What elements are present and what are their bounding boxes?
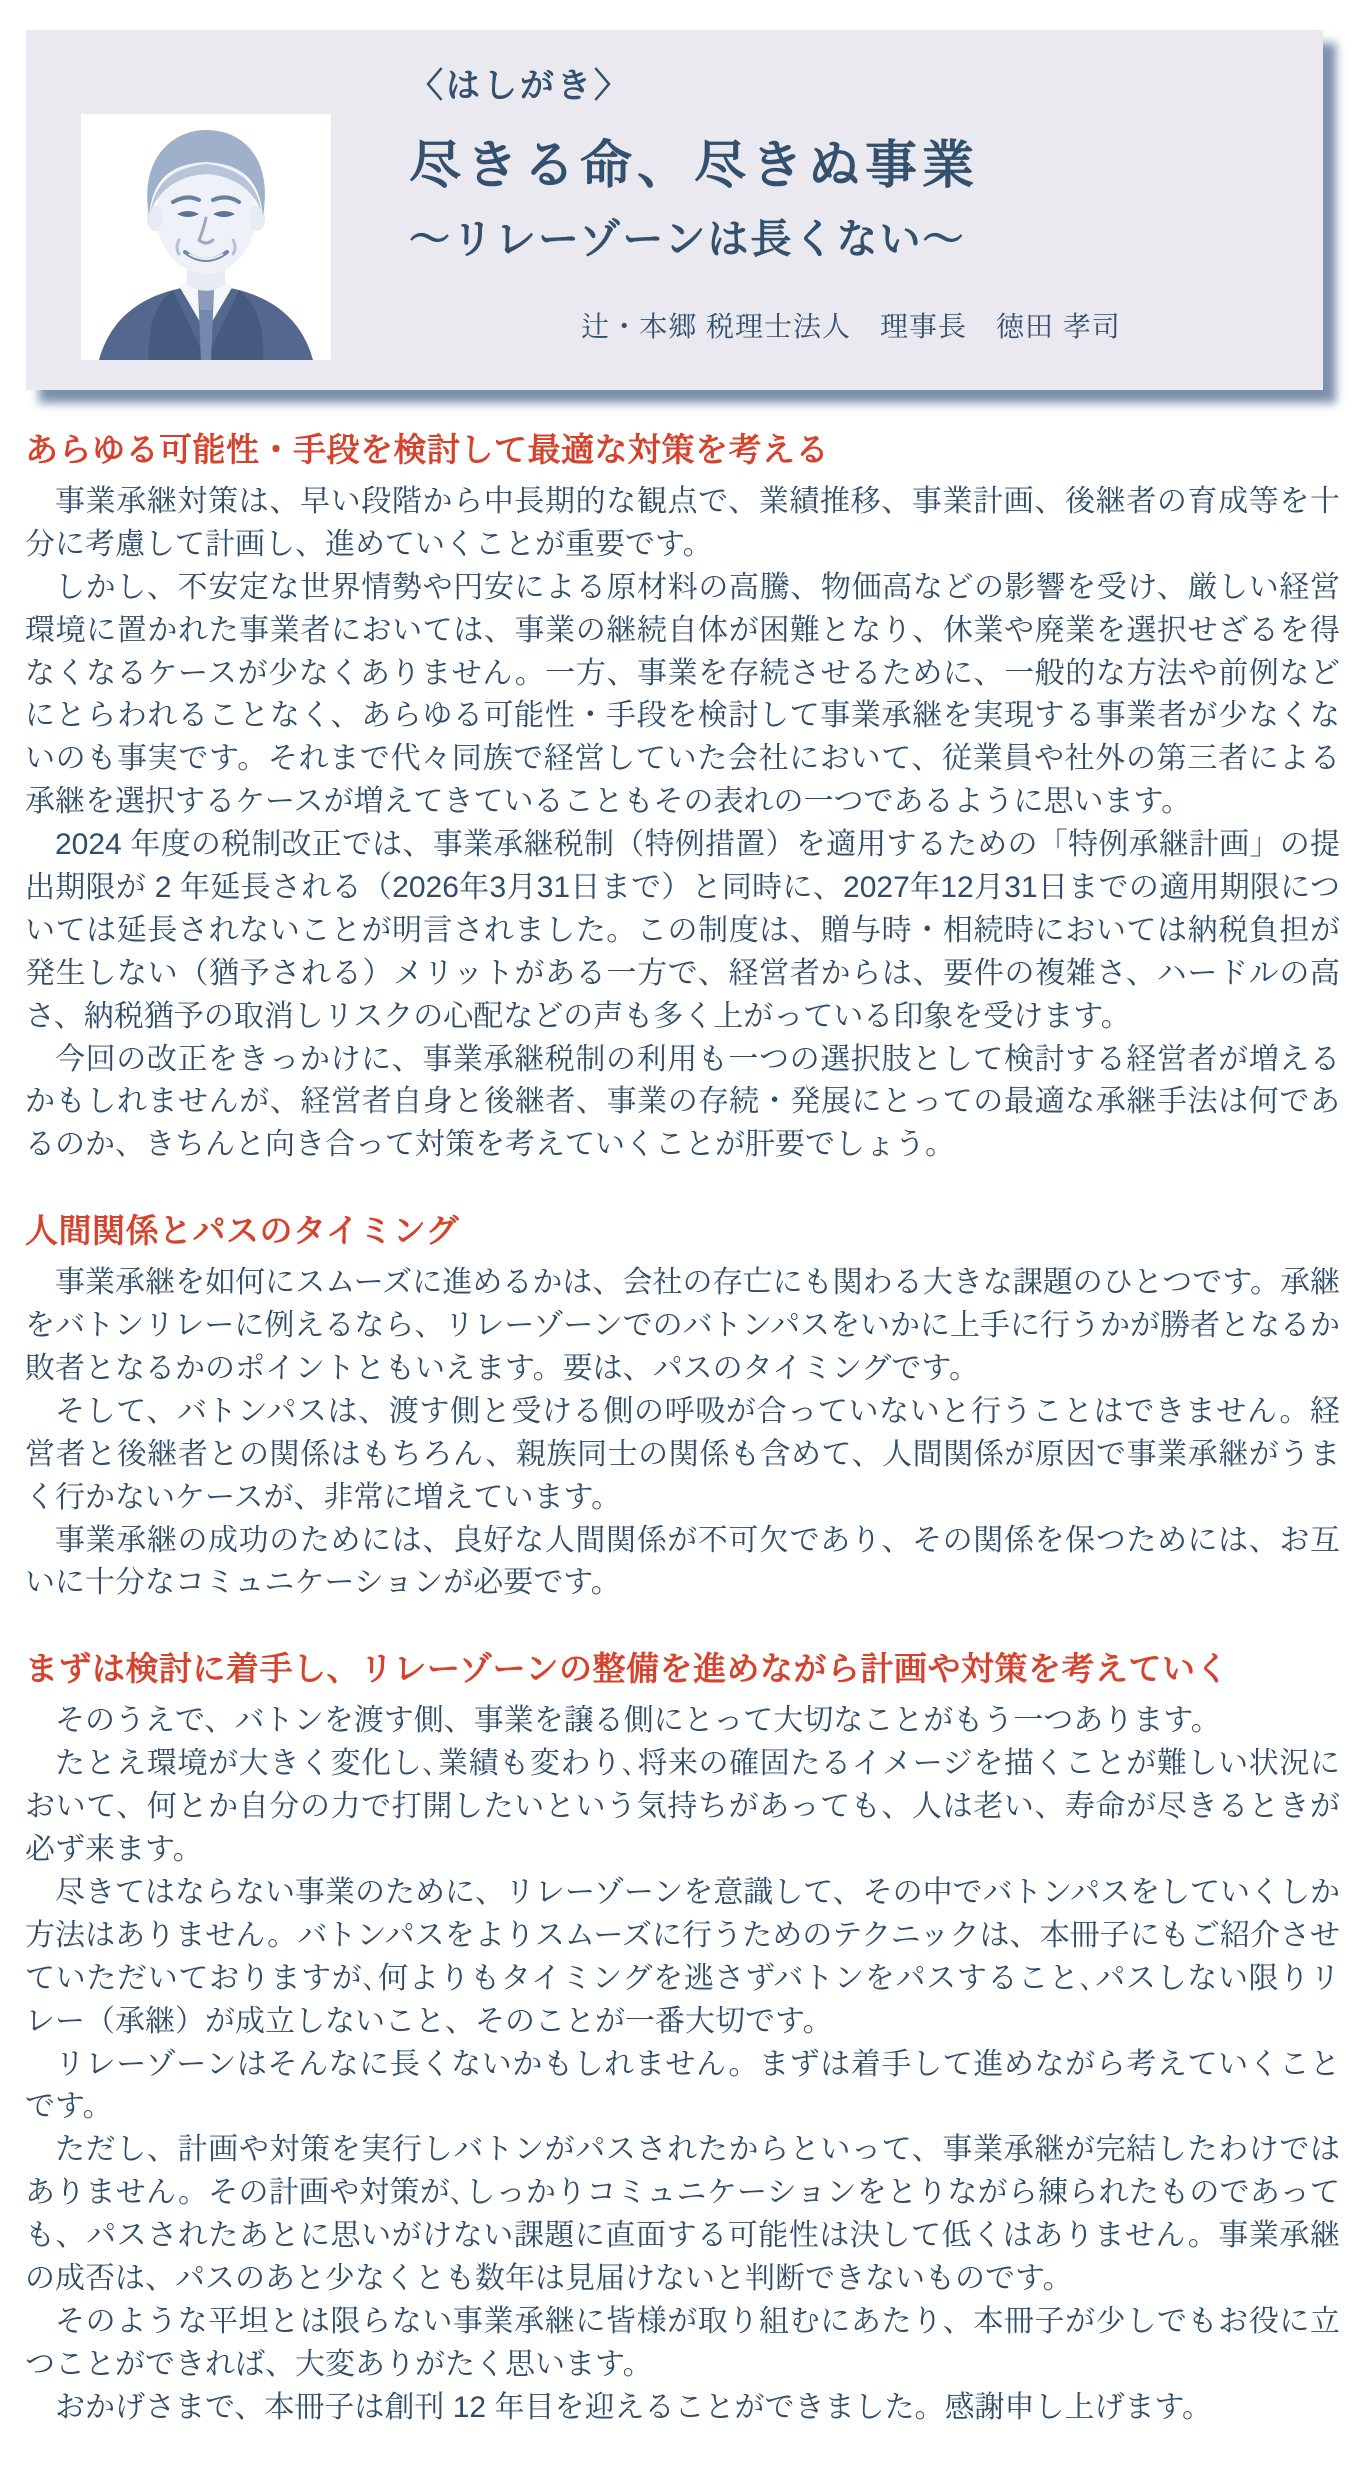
paragraph: たとえ環境が大きく変化し､業績も変わり､将来の確固たるイメージを描くことが難しい… [25,1743,1340,1872]
header-text-block: 〈はしがき〉 尽きる命、尽きぬ事業 ～リレーゾーンは長くない～ 辻・本郷 税理士… [409,56,1293,345]
page-subtitle: ～リレーゾーンは長くない～ [409,206,1293,265]
section-relay-zone: まずは検討に着手し、リレーゾーンの整備を進めながら計画や対策を考えていく そのう… [25,1643,1340,2429]
paragraph: おかげさまで、本冊子は創刊 12 年目を迎えることができました。感謝申し上げます… [25,2387,1340,2430]
portrait-photo-icon [81,114,331,360]
portrait-photo [81,114,331,360]
section-human-relations: 人間関係とパスのタイミング 事業承継を如何にスムーズに進めるかは、会社の存亡にも… [25,1205,1340,1605]
paragraph: 今回の改正をきっかけに、事業承継税制の利用も一つの選択肢として検討する経営者が増… [25,1039,1340,1168]
paragraph: 事業承継を如何にスムーズに進めるかは、会社の存亡にも関わる大きな課題のひとつです… [25,1262,1340,1391]
section-optimal-measures: あらゆる可能性・手段を検討して最適な対策を考える 事業承継対策は、早い段階から中… [25,424,1340,1167]
section-heading: まずは検討に着手し、リレーゾーンの整備を進めながら計画や対策を考えていく [25,1643,1340,1690]
paragraph: そのうえで、バトンを渡す側、事業を譲る側にとって大切なことがもう一つあります。 [25,1700,1340,1743]
paragraph: しかし、不安定な世界情勢や円安による原材料の高騰、物価高などの影響を受け、厳しい… [25,567,1340,824]
page-title: 尽きる命、尽きぬ事業 [409,123,1293,198]
paragraph: 事業承継の成功のためには、良好な人間関係が不可欠であり、その関係を保つためには、… [25,1520,1340,1606]
section-heading: 人間関係とパスのタイミング [25,1205,1340,1252]
paragraph: リレーゾーンはそんなに長くないかもしれません。まずは着手して進めながら考えていく… [25,2044,1340,2130]
article-body: あらゆる可能性・手段を検討して最適な対策を考える 事業承継対策は、早い段階から中… [0,390,1365,2470]
paragraph: ただし、計画や対策を実行しバトンがパスされたからといって、事業承継が完結したわけ… [25,2129,1340,2301]
paragraph: 尽きてはならない事業のために、リレーゾーンを意識して、その中でバトンパスをしてい… [25,1872,1340,2044]
section-heading: あらゆる可能性・手段を検討して最適な対策を考える [25,424,1340,471]
paragraph: 事業承継対策は、早い段階から中長期的な観点で、業績推移、事業計画、後継者の育成等… [25,481,1340,567]
preface-kicker: 〈はしがき〉 [409,58,1293,107]
author-byline: 辻・本郷 税理士法人 理事長 徳田 孝司 [409,305,1293,345]
paragraph: 2024 年度の税制改正では、事業承継税制（特例措置）を適用するための「特例承継… [25,824,1340,1038]
header-banner: 〈はしがき〉 尽きる命、尽きぬ事業 ～リレーゾーンは長くない～ 辻・本郷 税理士… [26,30,1323,390]
paragraph: そのような平坦とは限らない事業承継に皆様が取り組むにあたり、本冊子が少しでもお役… [25,2301,1340,2387]
paragraph: そして、バトンパスは、渡す側と受ける側の呼吸が合っていないと行うことはできません… [25,1391,1340,1520]
